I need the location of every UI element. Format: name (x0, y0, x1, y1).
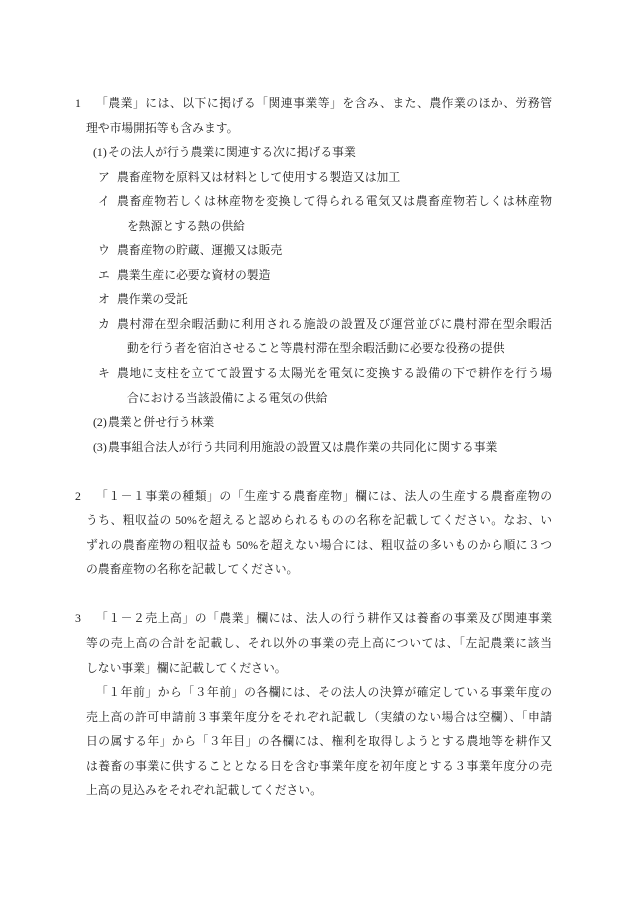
item1-i-line2: を熱源とする熱の供給 (127, 214, 552, 239)
paragraph-line: 農業と併せ行う林業 (108, 415, 214, 429)
sub3-marker: (3) (93, 435, 107, 460)
item2-line2: うち、粗収益の 50%を超えると認められるものの名称を記載してください。なお、い (86, 508, 552, 533)
item1-sub3: (3)農事組合法人が行う共同利用施設の設置又は農作業の共同化に関する事業 (108, 435, 552, 460)
paragraph-line: 農事組合法人が行う共同利用施設の設置又は農作業の共同化に関する事業 (108, 440, 497, 454)
item1-i-line1: イ農畜産物若しくは林産物を変換して得られる電気又は農畜産物若しくは林産物 (117, 189, 552, 214)
paragraph-line: 農畜産物を原料又は材料として使用する製造又は加工 (117, 170, 400, 184)
paragraph-line: その法人が行う農業に関連する次に掲げる事業 (108, 145, 356, 159)
item1-line2: 理や市場開拓等も含みます。 (86, 116, 552, 141)
paragraph-line: 「１－２売上高」の「農業」欄には、法人の行う耕作又は養畜の事業及び関連事業 (96, 611, 552, 625)
paragraph-line: 農作業の受託 (117, 292, 188, 306)
item1-o: オ農作業の受託 (117, 287, 552, 312)
paragraph-line: 農畜産物の貯蔵、運搬又は販売 (117, 243, 282, 257)
paragraph-line: 「農業」には、以下に掲げる「関連事業等」を含み、また、農作業のほか、労務管 (96, 96, 552, 110)
item3-p1-line1: 3「１－２売上高」の「農業」欄には、法人の行う耕作又は養畜の事業及び関連事業 (96, 606, 552, 631)
item3-p2-line5: 上高の見込みをそれぞれ記載してください。 (86, 778, 552, 803)
paragraph-line: 農畜産物若しくは林産物を変換して得られる電気又は農畜産物若しくは林産物 (117, 194, 552, 208)
item3-p1-line2: 等の売上高の合計を記載し、それ以外の事業の売上高については、「左記農業に該当 (86, 631, 552, 656)
item1-e: エ農業生産に必要な資材の製造 (117, 263, 552, 288)
section-gap (0, 459, 552, 484)
item1-a: ア農畜産物を原料又は材料として使用する製造又は加工 (117, 165, 552, 190)
item2-line1: 2「１－１事業の種類」の「生産する農畜産物」欄には、法人の生産する農畜産物の (96, 484, 552, 509)
item3-p1-line3: しない事業」欄に記載してください。 (86, 656, 552, 681)
item2-number: 2 (75, 484, 81, 509)
item3-p2-line3: 日の属する年」から「３年目」の各欄には、権利を取得しようとする農地等を耕作又 (86, 729, 552, 754)
item1-ka-line1: カ農村滞在型余暇活動に利用される施設の設置及び運営並びに農村滞在型余暇活 (117, 312, 552, 337)
item1-line1: 1「農業」には、以下に掲げる「関連事業等」を含み、また、農作業のほか、労務管 (96, 91, 552, 116)
paragraph-line: 「１－１事業の種類」の「生産する農畜産物」欄には、法人の生産する農畜産物の (96, 489, 552, 503)
item1-number: 1 (75, 91, 81, 116)
paragraph-line: 農業生産に必要な資材の製造 (117, 268, 270, 282)
document-page: 1「農業」には、以下に掲げる「関連事業等」を含み、また、農作業のほか、労務管 理… (0, 0, 630, 903)
item3-number: 3 (75, 606, 81, 631)
kata-marker-o: オ (98, 287, 110, 312)
item3-p2-line4: は養畜の事業に供することとなる日を含む事業年度を初年度とする３事業年度分の売 (86, 754, 552, 779)
kata-marker-ki: キ (98, 361, 110, 386)
item2-line3: ずれの農畜産物の粗収益も 50%を超えない場合には、粗収益の多いものから順に３つ (86, 533, 552, 558)
section-gap (0, 582, 552, 607)
item3-p2-line1: 「１年前」から「３年前」の各欄には、その法人の決算が確定している事業年度の (96, 680, 552, 705)
item1-sub1: (1)その法人が行う農業に関連する次に掲げる事業 (108, 140, 552, 165)
item1-sub2: (2)農業と併せ行う林業 (108, 410, 552, 435)
paragraph-line: 農村滞在型余暇活動に利用される施設の設置及び運営並びに農村滞在型余暇活 (117, 317, 552, 331)
paragraph-line: 農地に支柱を立てて設置する太陽光を電気に変換する設備の下で耕作を行う場 (117, 366, 552, 380)
item2-line4: の農畜産物の名称を記載してください。 (86, 557, 552, 582)
item1-u: ウ農畜産物の貯蔵、運搬又は販売 (117, 238, 552, 263)
item1-ka-line2: 動を行う者を宿泊させること等農村滞在型余暇活動に必要な役務の提供 (127, 336, 552, 361)
item3-p2-line2: 売上高の許可申請前３事業年度分をそれぞれ記載し（実績のない場合は空欄）、「申請 (86, 705, 552, 730)
kata-marker-e: エ (98, 263, 110, 288)
item1-ki-line1: キ農地に支柱を立てて設置する太陽光を電気に変換する設備の下で耕作を行う場 (117, 361, 552, 386)
sub2-marker: (2) (93, 410, 107, 435)
kata-marker-ka: カ (98, 312, 110, 337)
kata-marker-a: ア (98, 165, 110, 190)
item1-ki-line2: 合における当該設備による電気の供給 (127, 386, 552, 411)
kata-marker-u: ウ (98, 238, 110, 263)
sub1-marker: (1) (93, 140, 107, 165)
kata-marker-i: イ (98, 189, 110, 214)
